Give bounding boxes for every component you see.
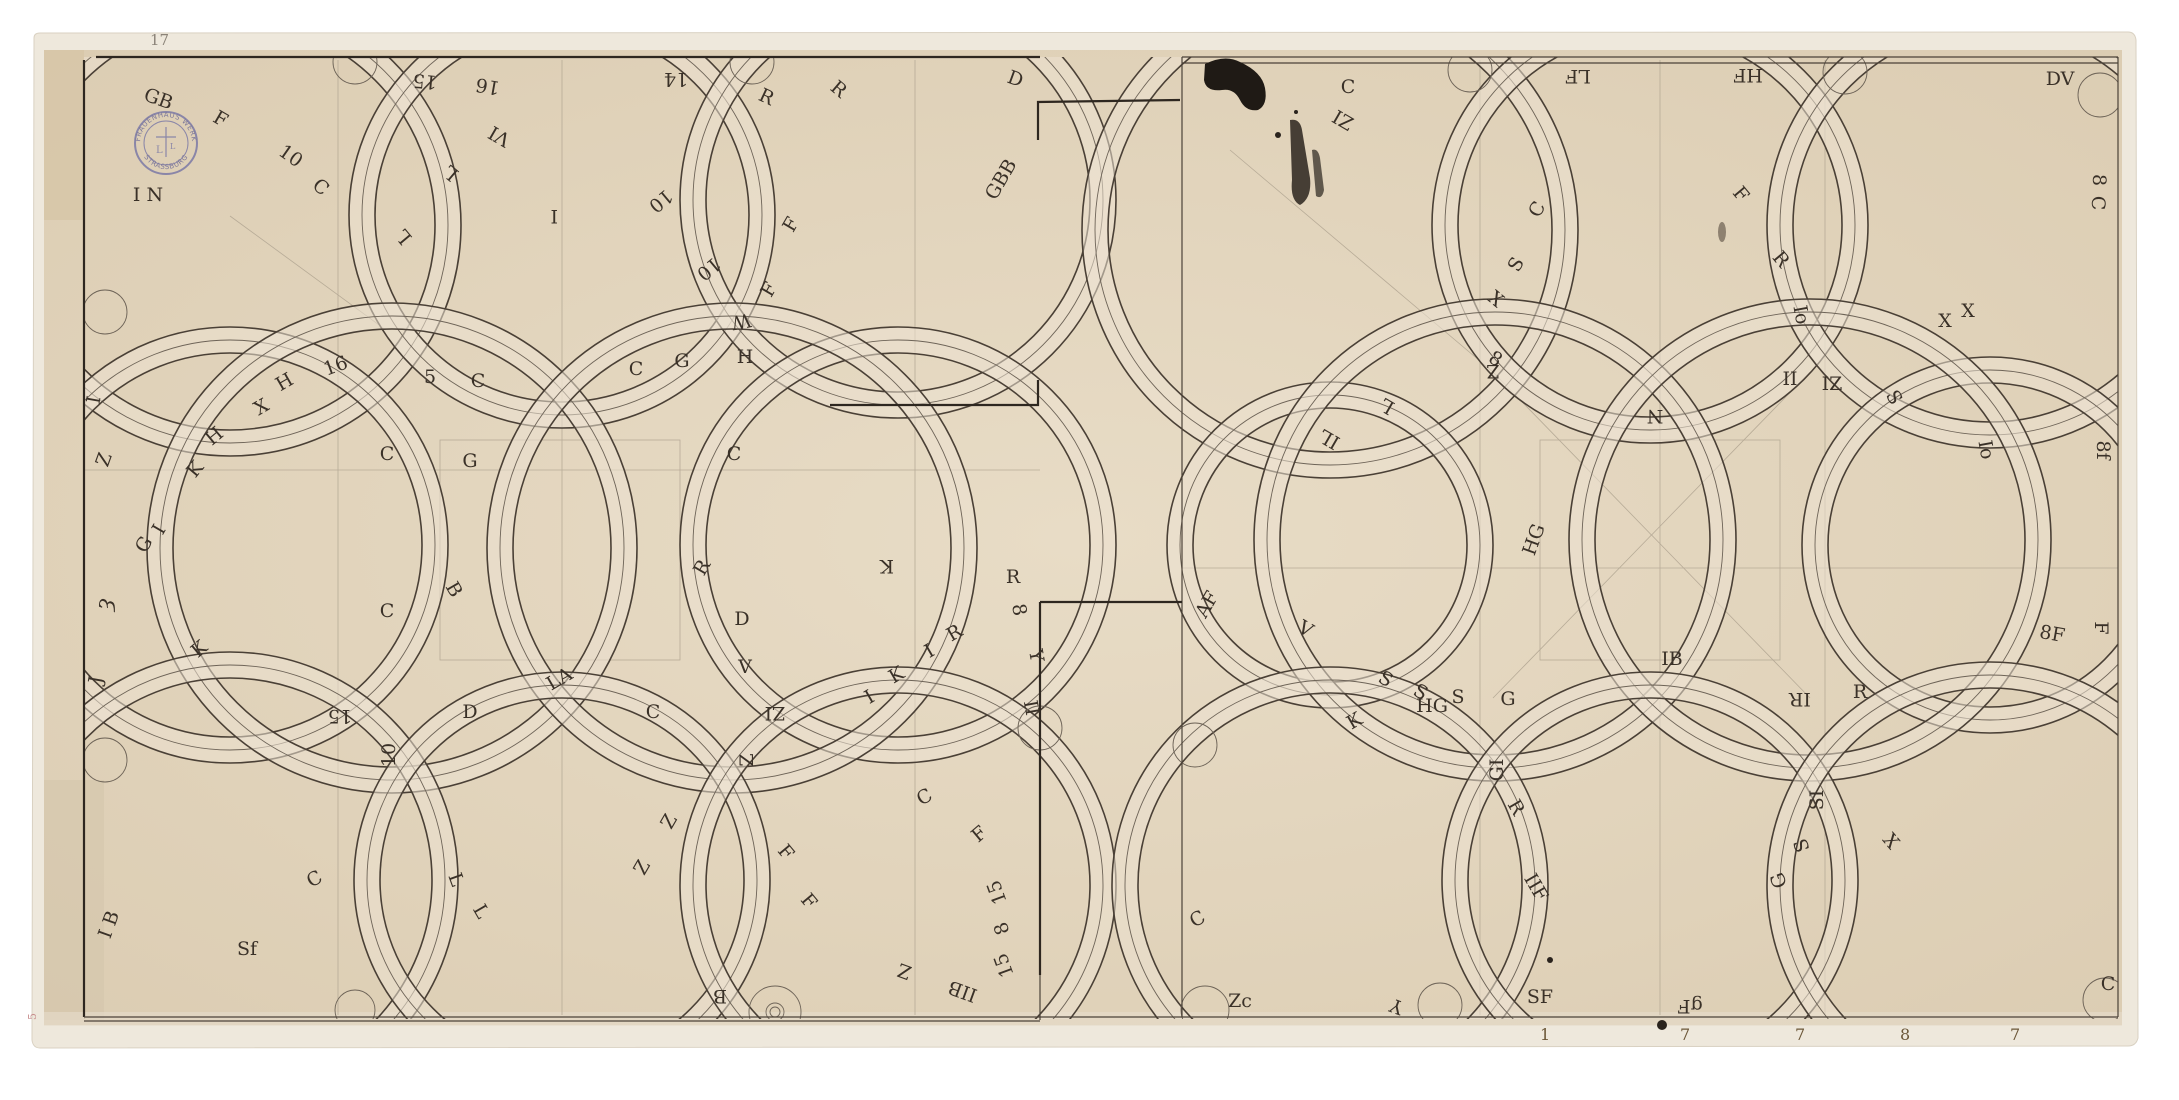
masons-mark: H (737, 346, 754, 368)
masons-mark: X (1961, 300, 1975, 322)
masons-mark: C (380, 443, 395, 465)
masons-mark: R (1853, 681, 1868, 703)
masons-mark: Z (736, 753, 758, 766)
edge-tick-mark: 7 (1795, 1025, 1805, 1044)
masons-mark: F (2090, 621, 2112, 634)
masons-mark: HG (1416, 695, 1448, 717)
pencil-note-folio: 17 (150, 31, 169, 49)
masons-mark: I N (133, 184, 163, 206)
masons-mark: Sf (237, 938, 259, 960)
masons-mark: GI (1486, 759, 1508, 782)
masons-mark: C (629, 358, 644, 380)
masons-mark: 8 (2088, 174, 2110, 186)
masons-mark: LF (1565, 65, 1591, 87)
masons-mark: ZI (765, 702, 786, 724)
masons-mark: V (737, 656, 752, 678)
masons-mark: G (1500, 688, 1515, 710)
masons-mark: C (727, 443, 742, 465)
stamp-letter-left: L (156, 145, 163, 156)
edge-tick-mark: 1 (1540, 1025, 1550, 1044)
masons-mark: Io (1789, 304, 1814, 326)
masons-mark: 16 (474, 73, 502, 99)
masons-mark: 8F (2038, 621, 2067, 647)
masons-mark: S (1451, 686, 1464, 708)
masons-mark: Io (1974, 439, 1999, 461)
masons-mark: N (1647, 405, 1664, 427)
masons-mark: IB (1661, 648, 1682, 670)
masons-mark: DV (2046, 68, 2075, 90)
masons-mark: IR (1788, 688, 1811, 710)
masons-mark: D (734, 608, 749, 630)
masons-mark: HF (1733, 64, 1763, 86)
stamp-letter-right: L (170, 142, 176, 151)
masons-mark: IZ (1822, 373, 1843, 395)
masons-mark: Zc (1228, 990, 1252, 1012)
masons-mark: gF (1677, 995, 1702, 1017)
masons-mark: X (1938, 310, 1952, 332)
masons-mark: B (713, 985, 727, 1007)
masons-mark: II (1782, 368, 1797, 390)
edge-tick-mark: 8 (1900, 1025, 1910, 1044)
pencil-note-margin: 5 (26, 1013, 39, 1020)
edge-tick-mark: 7 (1680, 1025, 1690, 1044)
masons-mark: D (462, 701, 477, 723)
edge-tick-mark: 7 (2010, 1025, 2020, 1044)
cell-letter-i: I (550, 205, 558, 227)
masons-mark: 14 (664, 68, 688, 90)
masons-mark: C (646, 701, 661, 723)
masons-mark: C (2101, 973, 2116, 995)
masons-mark: SF (1527, 986, 1553, 1008)
masons-mark: SI (1806, 790, 1828, 811)
masons-mark: R (1006, 566, 1021, 588)
masons-mark: 15 (328, 705, 352, 727)
masons-mark: 5 (424, 366, 436, 388)
masons-mark: C (471, 370, 486, 392)
cell-letter-k: K (879, 555, 894, 577)
masons-mark: G (462, 450, 477, 472)
masons-mark: C (1341, 76, 1356, 98)
masons-mark: Z (1486, 360, 1499, 382)
masons-mark: 15 (412, 69, 438, 93)
masons-mark: G (674, 350, 689, 372)
masons-mark: C (380, 600, 395, 622)
masons-mark: C (2087, 196, 2109, 211)
drawing-sheet: FRAUENHAUS WERK STRASSBURG L L 17 5 I K … (0, 0, 2179, 1100)
masons-mark: 10 (378, 743, 400, 767)
masons-mark: 8f (2092, 440, 2114, 461)
